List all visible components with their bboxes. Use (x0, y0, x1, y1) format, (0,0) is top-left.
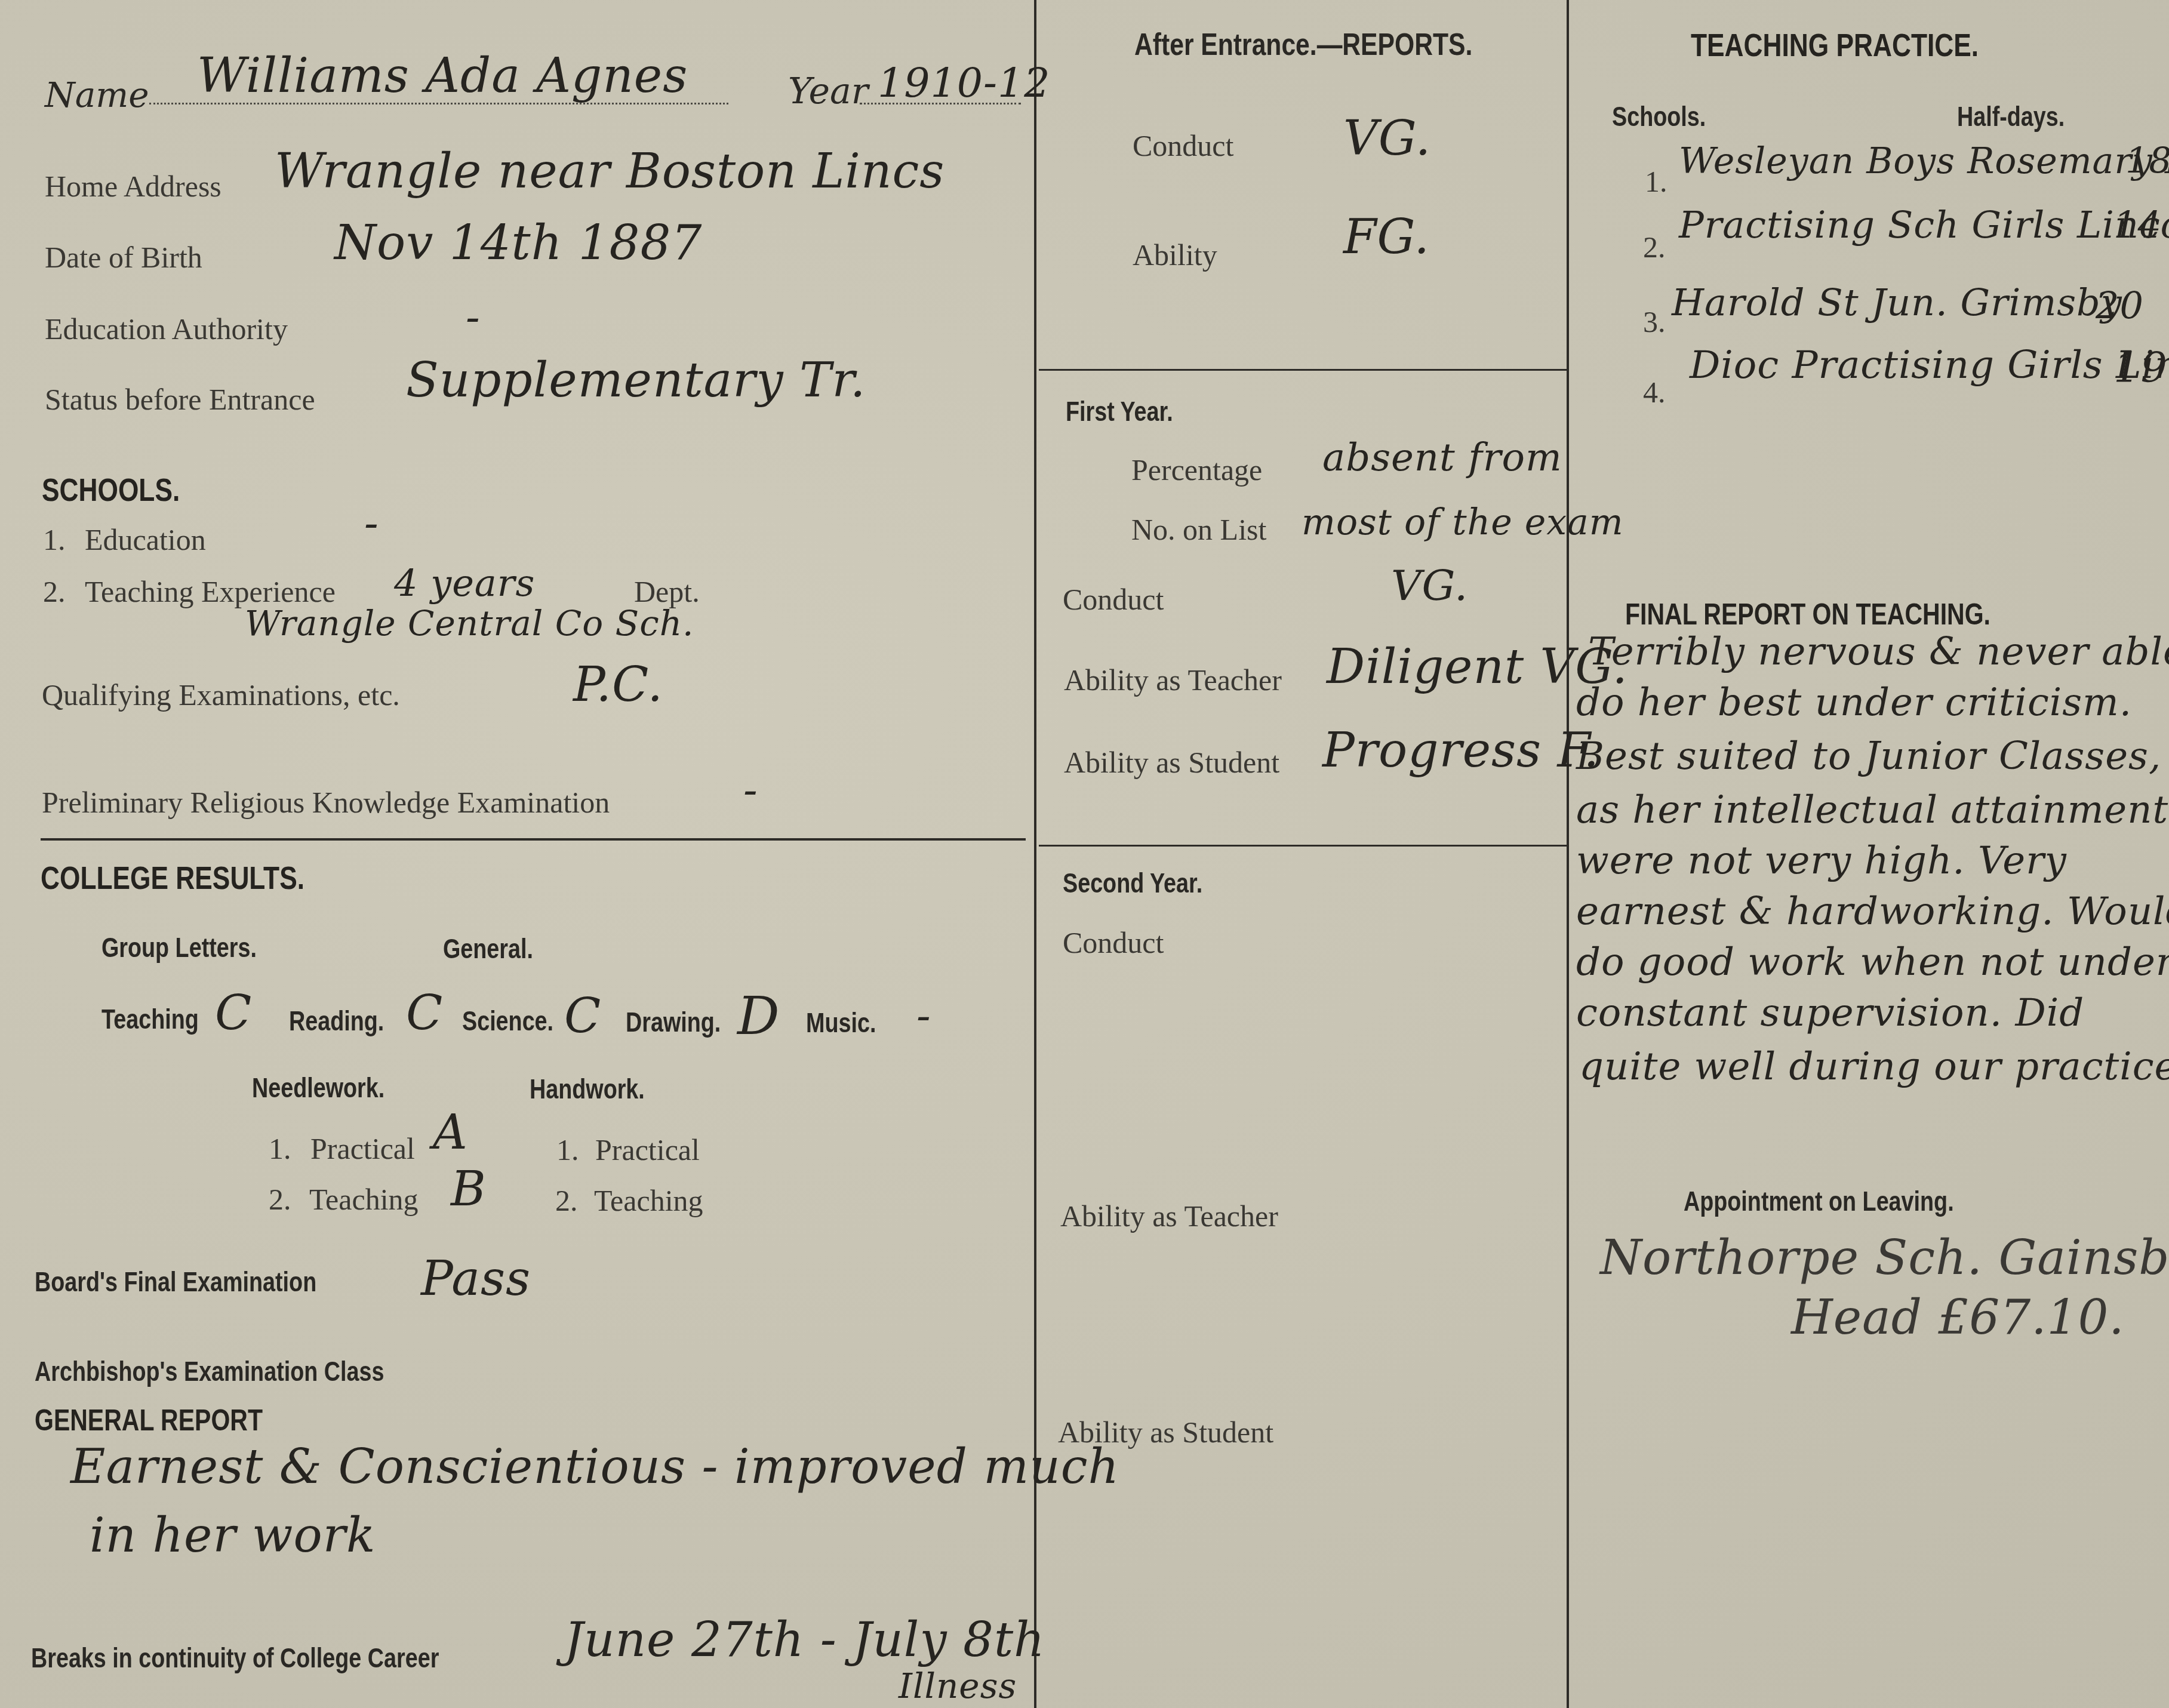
practice-school: Dioc Practising Girls Linc. (1690, 343, 2169, 387)
sy-conduct-label: Conduct (1063, 925, 1164, 960)
schools-education-value: - (364, 498, 379, 547)
grade-value: - (916, 991, 931, 1040)
practice-num: 2. (1643, 230, 1666, 264)
final-report-line: were not very high. Very (1576, 839, 2067, 883)
fy-teacher-label: Ability as Teacher (1064, 663, 1282, 697)
grade-value: C (215, 985, 252, 1041)
practice-num: 4. (1643, 375, 1666, 410)
schools-teaching-value: 4 years (394, 561, 535, 605)
handwork-num: 1. (556, 1132, 579, 1167)
grade-label: Teaching (101, 1003, 199, 1035)
no-on-list-value: most of the exam (1302, 501, 1624, 543)
middle-rule-2 (1039, 845, 1567, 847)
grade-label: Drawing. (626, 1006, 721, 1038)
practice-num: 1. (1645, 164, 1667, 199)
schools-education-label: Education (85, 522, 206, 557)
religious-label: Preliminary Religious Knowledge Examinat… (42, 785, 610, 820)
final-report-line: Terribly nervous & never able to (1588, 630, 2169, 674)
percentage-value: absent from (1322, 436, 1562, 480)
breaks-note: Illness (899, 1666, 1017, 1706)
final-report-line: do her best under criticism. (1576, 681, 2132, 725)
general-report-heading: GENERAL REPORT (35, 1403, 263, 1438)
year-label: Year (788, 70, 868, 112)
practice-halfdays: 20 (2096, 284, 2144, 327)
general-report-line-2: in her work (90, 1507, 376, 1563)
conduct-value: VG. (1343, 110, 1431, 166)
group-letters-label: Group Letters. (101, 931, 257, 964)
final-report-line: earnest & hardworking. Would (1576, 890, 2169, 934)
needlework-num: 2. (269, 1182, 291, 1217)
final-report-line: as her intellectual attainments (1576, 788, 2169, 832)
teaching-practice-heading: TEACHING PRACTICE. (1691, 27, 1979, 64)
practice-num: 3. (1643, 304, 1666, 339)
final-report-line: do good work when not under (1576, 940, 2169, 984)
home-address-value: Wrangle near Boston Lincs (275, 143, 944, 199)
final-report-line: Best suited to Junior Classes, (1576, 734, 2161, 778)
schools-teaching-school: Wrangle Central Co Sch. (245, 603, 694, 644)
final-report-line: constant supervision. Did (1576, 991, 2084, 1035)
first-year-heading: First Year. (1066, 395, 1173, 427)
breaks-value: June 27th - July 8th (564, 1612, 1045, 1667)
college-results-heading: COLLEGE RESULTS. (41, 860, 304, 897)
archbishop-label: Archbishop's Examination Class (35, 1355, 384, 1387)
needlework-label: Needlework. (252, 1072, 384, 1104)
grade-label: Reading. (289, 1005, 384, 1037)
schools-column-header: Schools. (1612, 100, 1706, 133)
practice-school: Practising Sch Girls Lincoln (1679, 203, 2169, 247)
breaks-label: Breaks in continuity of College Career (31, 1642, 439, 1674)
sy-teacher-label: Ability as Teacher (1060, 1199, 1278, 1233)
edu-authority-value: - (466, 293, 481, 341)
conduct-label: Conduct (1133, 128, 1233, 163)
grade-label: Science. (462, 1005, 553, 1037)
qualifying-label: Qualifying Examinations, etc. (42, 678, 400, 712)
fy-student-label: Ability as Student (1064, 745, 1279, 780)
final-report-heading: FINAL REPORT ON TEACHING. (1625, 597, 1990, 632)
qualifying-value: P.C. (573, 657, 663, 712)
practice-school: Wesleyan Boys Rosemary L. Linc (1679, 140, 2169, 182)
appointment-line-2: Head £67.10. (1791, 1290, 2125, 1345)
needlework-num: 1. (269, 1131, 291, 1166)
boards-final-value: Pass (421, 1251, 531, 1306)
halfdays-column-header: Half-days. (1957, 100, 2065, 133)
practice-halfdays: 18 (2125, 140, 2169, 182)
handwork-label: Handwork. (530, 1073, 645, 1105)
appointment-heading: Appointment on Leaving. (1684, 1185, 1954, 1217)
name-value: Williams Ada Agnes (197, 48, 688, 103)
sy-student-label: Ability as Student (1058, 1415, 1273, 1450)
column-divider-right (1567, 0, 1569, 1708)
practice-school: Harold St Jun. Grimsby (1672, 281, 2122, 324)
general-label: General. (443, 933, 533, 965)
grade-value: D (737, 985, 780, 1047)
status-value: Supplementary Tr. (406, 352, 866, 408)
practice-halfdays: 14 (2113, 203, 2162, 247)
fy-conduct-label: Conduct (1063, 582, 1164, 617)
grade-label: Music. (806, 1007, 876, 1039)
boards-final-label: Board's Final Examination (35, 1266, 316, 1298)
needlework-item-label: Practical (310, 1131, 415, 1166)
schools-education-num: 1. (43, 522, 66, 557)
no-on-list-label: No. on List (1131, 512, 1266, 547)
dob-value: Nov 14th 1887 (334, 215, 702, 270)
percentage-label: Percentage (1131, 453, 1262, 487)
fy-student-value: Progress F. (1322, 722, 1599, 778)
grade-value: C (406, 985, 443, 1041)
needlework-item-value: B (451, 1161, 487, 1217)
status-label: Status before Entrance (45, 382, 315, 417)
fy-conduct-value: VG. (1391, 561, 1468, 610)
schools-heading: SCHOOLS. (42, 472, 180, 509)
religious-value: - (743, 765, 758, 814)
left-section-rule (41, 838, 1026, 841)
handwork-item-label: Teaching (594, 1183, 703, 1218)
dob-label: Date of Birth (45, 240, 202, 275)
schools-teaching-num: 2. (43, 574, 66, 609)
ability-label: Ability (1133, 238, 1217, 272)
second-year-heading: Second Year. (1063, 867, 1202, 899)
ability-value: FG. (1343, 209, 1430, 264)
needlework-item-value: A (433, 1104, 468, 1160)
after-entrance-heading: After Entrance.—REPORTS. (1134, 27, 1472, 63)
grade-value: C (564, 988, 601, 1044)
edu-authority-label: Education Authority (45, 312, 288, 346)
handwork-num: 2. (555, 1183, 578, 1218)
practice-halfdays: 19 (2113, 343, 2168, 392)
final-report-line: quite well during our practice (1579, 1045, 2169, 1089)
name-label: Name (45, 75, 149, 115)
needlework-item-label: Teaching (309, 1182, 419, 1217)
appointment-line-1: Northorpe Sch. Gainsborough (1600, 1230, 2169, 1285)
home-address-label: Home Address (45, 169, 221, 204)
general-report-line-1: Earnest & Conscientious - improved much (70, 1439, 1119, 1494)
year-value: 1910-12 (878, 60, 1051, 107)
handwork-item-label: Practical (595, 1132, 700, 1167)
middle-rule-1 (1039, 369, 1567, 371)
